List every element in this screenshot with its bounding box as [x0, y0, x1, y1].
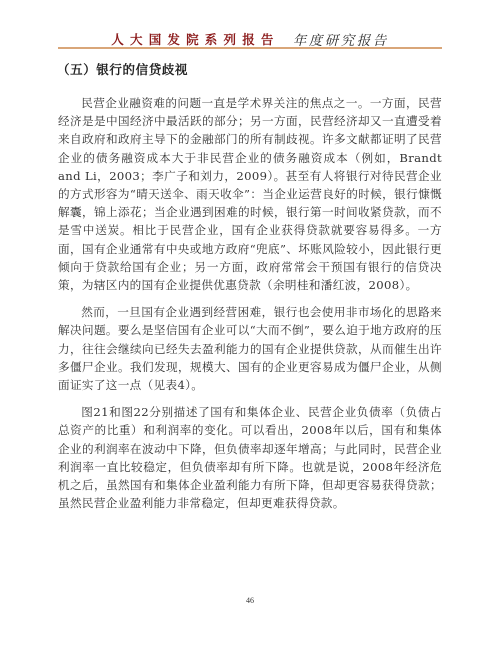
- page-header: 人大国发院系列报告 年度研究报告: [58, 28, 442, 48]
- report-series-title: 人大国发院系列报告: [111, 30, 279, 48]
- page-number: 46: [0, 596, 500, 605]
- paragraph-3: 图21和图22分别描述了国有和集体企业、民营企业负债率（负债占总资产的比重）和利…: [58, 403, 442, 512]
- section-heading: （五）银行的信贷歧视: [57, 60, 188, 78]
- body-text: 民营企业融资难的问题一直是学术界关注的焦点之一。一方面，民营经济是是中国经济中最…: [58, 94, 442, 521]
- paragraph-2: 然而，一旦国有企业遇到经营困难，银行也会使用非市场化的思路来解决问题。要么是坚信…: [58, 303, 442, 394]
- header-divider: [58, 47, 442, 49]
- annual-report-title: 年度研究报告: [293, 29, 389, 49]
- paragraph-1: 民营企业融资难的问题一直是学术界关注的焦点之一。一方面，民营经济是是中国经济中最…: [58, 94, 442, 294]
